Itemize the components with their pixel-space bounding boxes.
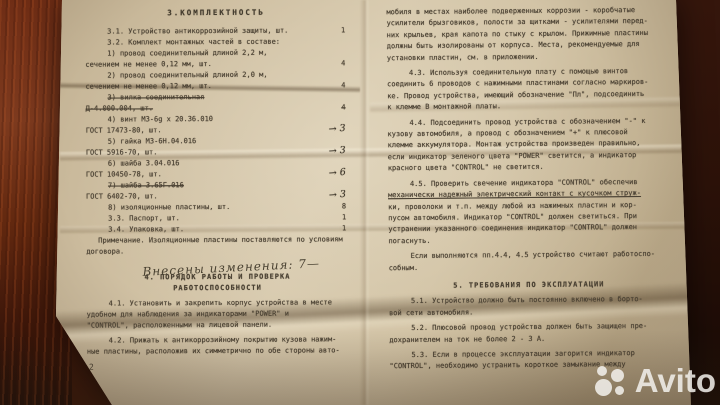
text-line: устранении указанного соединения индикат… bbox=[388, 222, 668, 236]
text-line: Примечание. Изоляционные пластины постав… bbox=[86, 234, 348, 246]
instruction-sheet-paper: 3.КОМПЛЕКТНОСТЬ 3.1. Устройство антикорр… bbox=[0, 0, 720, 405]
line-text: к клемме В монтажной платы. bbox=[387, 101, 501, 113]
line-text: ке. Провод устройства, имеющий обозначен… bbox=[387, 89, 644, 103]
line-text: ные пластины, расположив их симметрично … bbox=[87, 345, 340, 357]
line-text: 1) провод соединительный длиной 2,2 м, bbox=[85, 48, 267, 60]
line-text: РАБОТОСПОСОБНОСТИ bbox=[173, 283, 262, 294]
line-text: установки пластин, см. в приложении. bbox=[387, 52, 539, 65]
line-text: "CONTROL", необходимо устранить короткое… bbox=[390, 360, 626, 373]
text-line: ке. Провод устройства, имеющий обозначен… bbox=[387, 89, 667, 103]
line-text: сечением не менее 0,12 мм, шт. bbox=[85, 81, 211, 93]
line-text: дохранителем на ток не более 2 - 3 А. bbox=[389, 333, 545, 346]
line-text: ГОСТ 5916-70, шт. bbox=[86, 147, 158, 158]
line-text: красного цвета "CONTROL" не светится. bbox=[388, 162, 544, 175]
line-text: 3) вилка соединительная bbox=[85, 92, 204, 104]
line-text: вой сети автомобиля. bbox=[389, 307, 473, 319]
text-line: 5. ТРЕБОВАНИЯ ПО ЭКСПЛУАТАЦИИ bbox=[389, 279, 669, 293]
line-text: устранении указанного соединения индикат… bbox=[388, 222, 637, 236]
avito-watermark: Avito bbox=[594, 363, 716, 399]
line-text: 5. ТРЕБОВАНИЯ ПО ЭКСПЛУАТАЦИИ bbox=[453, 279, 604, 292]
quantity-value: 8 bbox=[342, 201, 348, 212]
text-line: 4.1. Установить и закрепить корпус устро… bbox=[87, 297, 349, 309]
line-text: собным. bbox=[389, 262, 419, 274]
line-text: Д-4.000.004, шт. bbox=[86, 103, 153, 114]
text-line: установки пластин, см. в приложении. bbox=[387, 50, 667, 64]
line-text: 5.1. Устройство должно быть постоянно вк… bbox=[389, 294, 643, 308]
text-line: РАБОТОСПОСОБНОСТИ bbox=[86, 282, 348, 294]
line-text: сечением не менее 0,12 мм, шт. bbox=[85, 59, 211, 71]
line-text: 3.3. Паспорт, шт. bbox=[86, 213, 180, 224]
line-text: 5) гайка М3-6Н.04.016 bbox=[86, 136, 197, 148]
logo-circle bbox=[597, 366, 607, 376]
text-line: Если выполняются пп.4.4, 4.5 устройство … bbox=[389, 249, 669, 263]
page-number: 2 bbox=[87, 361, 349, 371]
right-text-column: мобиля в местах наиболее подверженных ко… bbox=[386, 5, 669, 373]
line-text: ГОСТ 17473-80, шт. bbox=[86, 125, 162, 136]
quantity-value: 1 bbox=[341, 25, 347, 36]
line-text: ГОСТ 10450-78, шт. bbox=[86, 169, 162, 180]
line-text: Примечание. Изоляционные пластины постав… bbox=[86, 234, 342, 246]
line-text: Если выполняются пп.4.4, 4.5 устройство … bbox=[389, 249, 656, 263]
quantity-value: 1 bbox=[342, 223, 348, 234]
text-line: "CONTROL", расположенными на лицевой пан… bbox=[87, 319, 349, 331]
line-text: 6) шайба 3.04.016 bbox=[86, 158, 180, 169]
quantity-value: 1 bbox=[342, 212, 348, 223]
avito-logo-icon bbox=[594, 363, 630, 399]
avito-brand-text: Avito bbox=[635, 363, 716, 399]
text-line: красного цвета "CONTROL" не светится. bbox=[388, 161, 668, 175]
section-4-paragraphs: 4.1. Установить и закрепить корпус устро… bbox=[87, 297, 349, 357]
line-text: ГОСТ 6402-70, шт. bbox=[86, 191, 158, 202]
text-line: дохранителем на ток не более 2 - 3 А. bbox=[389, 332, 669, 346]
text-line: 5.1. Устройство должно быть постоянно вк… bbox=[389, 294, 669, 308]
quantity-value: 4 bbox=[341, 102, 347, 113]
left-text-column: 3.КОМПЛЕКТНОСТЬ 3.1. Устройство антикорр… bbox=[85, 7, 349, 371]
text-line: вой сети автомобиля. bbox=[389, 306, 669, 320]
photo-of-document: 3.КОМПЛЕКТНОСТЬ 3.1. Устройство антикорр… bbox=[0, 0, 720, 405]
text-line: к клемме В монтажной платы. bbox=[387, 100, 667, 114]
line-text: 7) шайба 3.65Г.016 bbox=[86, 180, 184, 192]
logo-circle bbox=[595, 379, 612, 396]
quantity-value: → 6 bbox=[329, 168, 349, 180]
line-text: 3.4. Упаковка, шт. bbox=[86, 224, 184, 236]
completeness-item-list: 3.1. Устройство антикоррозийной защиты, … bbox=[85, 25, 348, 257]
line-text: погаснуть. bbox=[388, 236, 430, 248]
text-line: погаснуть. bbox=[388, 233, 668, 247]
quantity-value: 4 bbox=[341, 58, 347, 69]
line-text: "CONTROL", расположенными на лицевой пан… bbox=[87, 320, 272, 332]
logo-circle bbox=[615, 386, 624, 395]
logo-circle bbox=[611, 369, 624, 382]
line-text: 2) провод соединительный длиной 2,0 м, bbox=[85, 70, 267, 82]
quantity-value: 4 bbox=[341, 80, 347, 91]
quantity-value: → 3 bbox=[329, 190, 349, 202]
quantity-value: → 3 bbox=[328, 124, 348, 136]
line-text: договора. bbox=[86, 246, 124, 257]
line-text: 4.1. Установить и закрепить корпус устро… bbox=[87, 297, 332, 309]
line-text: 4) винт М3-6g х 20.36.010 bbox=[86, 114, 213, 126]
section-3-heading: 3.КОМПЛЕКТНОСТЬ bbox=[85, 7, 347, 17]
paper-center-fold bbox=[360, 0, 370, 405]
text-line: ные пластины, расположив их симметрично … bbox=[87, 345, 349, 357]
quantity-value: → 3 bbox=[328, 146, 348, 158]
paper-shadow: 3.КОМПЛЕКТНОСТЬ 3.1. Устройство антикорр… bbox=[0, 0, 720, 405]
line-text: 8) изоляционные пластины, шт. bbox=[86, 202, 230, 214]
